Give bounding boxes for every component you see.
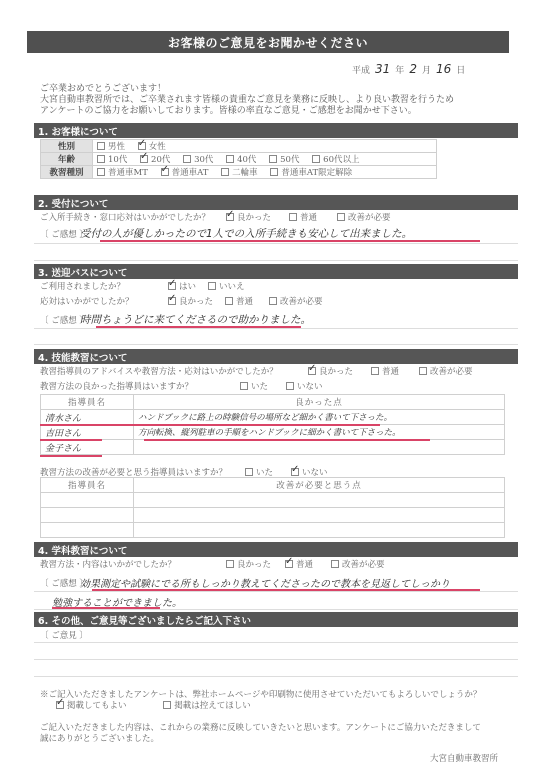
intro-line: ご卒業おめでとうございます！ [40,84,454,95]
comment-line [34,260,518,261]
option-no[interactable]: いない [286,380,323,392]
customer-info-table: 性別 男性 女性 年齢 10代 20代 30代 40代 50代 60代以上 教習… [40,139,437,179]
checkbox-icon[interactable] [97,168,105,176]
classroom-rating-question: 教習方法・内容はいかがでしたか？ [40,558,226,570]
shuttle-comment[interactable]: 時間ちょうどに来てくださるので助かりました。 [80,312,311,327]
option-label: 改善が必要 [430,367,473,377]
comment-line[interactable] [34,659,518,660]
comment-label: 〔 ご感想 〕 [40,577,74,589]
improvement-point[interactable] [134,493,505,508]
good-instructor-question: 教習方法の良かった指導員はいますか？ [40,380,240,392]
option-decline[interactable]: 掲載は控えてほしい [163,701,251,712]
comment-line [34,591,518,592]
checkbox-icon[interactable] [221,168,229,176]
feedback-label: 〔 ご意見 〕 [40,629,88,641]
section-header-driving-lessons: 4. 技能教習について [34,349,518,364]
checkbox-icon[interactable] [270,168,278,176]
checkbox-checked-icon[interactable] [168,282,176,290]
option-needs-improvement[interactable]: 改善が必要 [269,295,323,307]
section-header-shuttle-bus: 3. 送迎バスについて [34,264,518,279]
comment-line[interactable] [34,642,518,643]
comment-line[interactable] [34,676,518,677]
checkbox-icon[interactable] [208,282,216,290]
option-label: 掲載してもよい [67,701,127,711]
option-no[interactable]: いいえ [208,280,245,292]
option-label: 男性 [108,142,125,152]
shuttle-used-question: ご利用されましたか？ [40,280,168,292]
date-month[interactable]: 2 [409,62,417,76]
reception-comment-row: 〔 ご感想 〕 受付の人が優しかったので1人での入所手続きも安心して出来ました。 [40,226,412,241]
instructor-rating-question: 教習指導員のアドバイスや教習方法・応対はいかがでしたか？ [40,365,308,377]
comment-label: 〔 ご感想 〕 [40,228,74,240]
option-40s[interactable]: 40代 [226,153,256,165]
instructor-name[interactable]: 金子さん [41,440,134,455]
checkbox-icon[interactable] [331,560,339,568]
classroom-rating-row: 教習方法・内容はいかがでしたか？ 良かった 普通 改善が必要 [40,558,395,570]
permission-options: 掲載してもよい 掲載は控えてほしい [40,701,481,712]
table-header: 指導員名 改善が必要と思う点 [41,478,505,493]
comment-line [34,344,518,345]
instructor-name[interactable]: 清水さん [41,410,134,425]
option-label: 10代 [108,155,127,165]
option-label: 女性 [149,142,166,152]
shuttle-service-question: 応対はいかがでしたか？ [40,295,168,307]
col-good-points: 良かった点 [134,395,505,410]
option-30s[interactable]: 30代 [183,153,213,165]
option-60s-plus[interactable]: 60代以上 [312,153,359,165]
section-header-reception: 2. 受付について [34,195,518,210]
good-instructor-row: 教習方法の良かった指導員はいますか？ いた いない [40,380,333,392]
option-label: 50代 [280,155,299,165]
closing-line: 誠にありがとうございました。 [40,734,481,745]
option-label: 普通 [382,367,399,377]
option-10s[interactable]: 10代 [97,153,127,165]
checkbox-checked-icon[interactable] [161,168,169,176]
option-average[interactable]: 普通 [371,365,399,377]
option-label: 二輪車 [232,168,258,178]
option-needs-improvement[interactable]: 改善が必要 [337,211,391,223]
age-row: 年齢 10代 20代 30代 40代 50代 60代以上 [41,153,437,166]
option-motorcycle[interactable]: 二輪車 [221,166,258,178]
checkbox-icon[interactable] [269,297,277,305]
table-row [41,493,505,508]
closing-message: ご記入いただきました内容は、これからの業務に反映していきたいと思います。アンケー… [40,723,481,745]
option-good[interactable]: 良かった [226,558,271,570]
option-allow[interactable]: 掲載してもよい [56,701,127,712]
option-label: 60代以上 [323,155,359,165]
date-era: 平成 [352,63,370,76]
checkbox-icon[interactable] [97,142,105,150]
table-row: 清水さん ハンドブックに路上の時験信号の場所など細かく書いて下さった。 [41,410,505,425]
option-label: 良かった [237,213,271,223]
option-label: 良かった [179,297,213,307]
option-yes[interactable]: いた [240,380,268,392]
option-needs-improvement[interactable]: 改善が必要 [419,365,473,377]
highlight-underline [100,240,480,242]
course-type-options: 普通車MT 普通車AT 二輪車 普通車AT限定解除 [93,166,437,179]
checkbox-icon[interactable] [183,155,191,163]
closing-line: ご記入いただきました内容は、これからの業務に反映していきたいと思います。アンケー… [40,723,481,734]
checkbox-checked-icon[interactable] [56,701,64,709]
option-good[interactable]: 良かった [168,295,213,307]
option-label: 改善が必要 [342,560,385,570]
option-at[interactable]: 普通車AT [161,166,209,178]
option-label: 改善が必要 [348,213,391,223]
checkbox-icon[interactable] [286,382,294,390]
classroom-comment-row: 〔 ご感想 〕 効果測定や試験にでる所もしっかり教えてくださったので教本を見返し… [40,575,450,590]
publication-permission: ※ご記入いただきましたアンケートは、弊社ホームページや印刷物に使用させていただい… [40,690,481,712]
option-average[interactable]: 普通 [289,211,317,223]
good-point[interactable]: ハンドブックに路上の時験信号の場所など細かく書いて下さった。 [134,410,505,425]
option-good[interactable]: 良かった [226,211,271,223]
reception-question-row: ご入所手続き・窓口応対はいかがでしたか？ 良かった 普通 改善が必要 [40,211,401,223]
instructor-name[interactable]: 吉田さん [41,425,134,440]
highlight-underline [40,455,102,457]
checkbox-checked-icon[interactable] [138,142,146,150]
checkbox-icon[interactable] [371,367,379,375]
date: 平成 31 年 2 月 16 日 [352,62,465,76]
table-row: 吉田さん 方向転換、縦列駐車の手順をハンドブックに細かく書いて下さった。 [41,425,505,440]
option-label: いない [297,382,323,392]
reception-comment[interactable]: 受付の人が優しかったので1人での入所手続きも安心して出来ました。 [80,226,412,241]
option-label: 掲載は控えてほしい [174,701,251,711]
comment-line [34,609,518,610]
date-year-unit: 年 [395,63,404,76]
shuttle-used-row: ご利用されましたか？ はい いいえ [40,280,255,292]
option-label: いいえ [219,282,245,292]
age-options: 10代 20代 30代 40代 50代 60代以上 [93,153,437,166]
table-row [41,523,505,538]
checkbox-icon[interactable] [163,701,171,709]
option-good[interactable]: 良かった [308,365,353,377]
col-improvement-points: 改善が必要と思う点 [134,478,505,493]
comment-line [34,328,518,329]
good-point[interactable] [134,440,505,455]
other-feedback-label-row: 〔 ご意見 〕 [40,629,88,641]
improvement-point[interactable] [134,508,505,523]
course-type-row: 教習種別 普通車MT 普通車AT 二輪車 普通車AT限定解除 [41,166,437,179]
date-month-unit: 月 [422,63,431,76]
option-label: 良かった [237,560,271,570]
checkbox-checked-icon[interactable] [226,213,234,221]
course-type-label: 教習種別 [41,166,93,179]
instructor-name[interactable] [41,508,134,523]
option-label: 良かった [319,367,353,377]
instructor-name[interactable] [41,493,134,508]
option-label: 普通 [236,297,253,307]
checkbox-checked-icon[interactable] [291,468,299,476]
checkbox-icon[interactable] [226,560,234,568]
checkbox-icon[interactable] [312,155,320,163]
intro-line: 大宮自動車教習所では、ご卒業されます皆様の貴重なご意見を業務に反映し、より良い教… [40,95,454,106]
option-yes[interactable]: はい [168,280,196,292]
permission-question: ※ご記入いただきましたアンケートは、弊社ホームページや印刷物に使用させていただい… [40,690,481,701]
option-mt[interactable]: 普通車MT [97,166,148,178]
col-instructor-name: 指導員名 [41,478,134,493]
checkbox-icon[interactable] [225,297,233,305]
improve-instructor-table: 指導員名 改善が必要と思う点 [40,477,505,538]
checkbox-checked-icon[interactable] [285,560,293,568]
option-label: 普通車MT [108,168,148,178]
checkbox-checked-icon[interactable] [168,297,176,305]
option-label: 40代 [237,155,256,165]
checkbox-icon[interactable] [289,213,297,221]
checkbox-checked-icon[interactable] [140,155,148,163]
classroom-comment-line1[interactable]: 効果測定や試験にでる所もしっかり教えてくださったので教本を見返してしっかり [80,575,450,590]
table-row [41,508,505,523]
reception-question: ご入所手続き・窓口応対はいかがでしたか？ [40,211,226,223]
option-label: 普通車AT限定解除 [281,168,352,178]
section-header-other-feedback: 6. その他、ご意見等ございましたらご記入下さい [34,612,518,627]
instructor-name[interactable] [41,523,134,538]
intro-line: アンケートのご協力をお願いしております。皆様の率直なご意見・ご感想をお聞かせ下さ… [40,106,454,117]
option-male[interactable]: 男性 [97,140,125,152]
age-label: 年齢 [41,153,93,166]
shuttle-comment-row: 〔 ご感想 〕 時間ちょうどに来てくださるので助かりました。 [40,312,311,327]
option-label: 30代 [194,155,213,165]
option-at-release[interactable]: 普通車AT限定解除 [270,166,352,178]
date-day-unit: 日 [456,63,465,76]
checkbox-icon[interactable] [419,367,427,375]
option-average[interactable]: 普通 [225,295,253,307]
option-50s[interactable]: 50代 [269,153,299,165]
option-needs-improvement[interactable]: 改善が必要 [331,558,385,570]
table-row: 金子さん [41,440,505,455]
page-title: お客様のご意見をお聞かせください [27,31,509,53]
option-label: はい [179,282,196,292]
checkbox-icon[interactable] [337,213,345,221]
school-signature: 大宮自動車教習所 [430,752,498,764]
good-point[interactable]: 方向転換、縦列駐車の手順をハンドブックに細かく書いて下さった。 [134,425,505,440]
gender-row: 性別 男性 女性 [41,140,437,153]
checkbox-checked-icon[interactable] [308,367,316,375]
instructor-rating-row: 教習指導員のアドバイスや教習方法・応対はいかがでしたか？ 良かった 普通 改善が… [40,365,483,377]
table-header: 指導員名 良かった点 [41,395,505,410]
shuttle-service-row: 応対はいかがでしたか？ 良かった 普通 改善が必要 [40,295,333,307]
checkbox-icon[interactable] [226,155,234,163]
option-label: 普通車AT [172,168,209,178]
option-label: いた [251,382,268,392]
highlight-underline [40,439,102,441]
option-label: 普通 [296,560,313,570]
checkbox-icon[interactable] [245,468,253,476]
checkbox-icon[interactable] [240,382,248,390]
gender-label: 性別 [41,140,93,153]
comment-line [34,243,518,244]
checkbox-icon[interactable] [269,155,277,163]
date-year[interactable]: 31 [375,62,390,76]
section-header-classroom-lessons: 4. 学科教習について [34,542,518,557]
comment-label: 〔 ご感想 〕 [40,314,74,326]
improvement-point[interactable] [134,523,505,538]
col-instructor-name: 指導員名 [41,395,134,410]
section-header-customer: 1. お客様について [34,123,518,138]
date-day[interactable]: 16 [436,62,451,76]
highlight-underline [40,424,380,426]
option-average[interactable]: 普通 [285,558,313,570]
checkbox-icon[interactable] [97,155,105,163]
intro-text: ご卒業おめでとうございます！ 大宮自動車教習所では、ご卒業されます皆様の貴重なご… [40,84,454,117]
highlight-underline [144,439,430,441]
option-label: 改善が必要 [280,297,323,307]
option-label: 普通 [300,213,317,223]
